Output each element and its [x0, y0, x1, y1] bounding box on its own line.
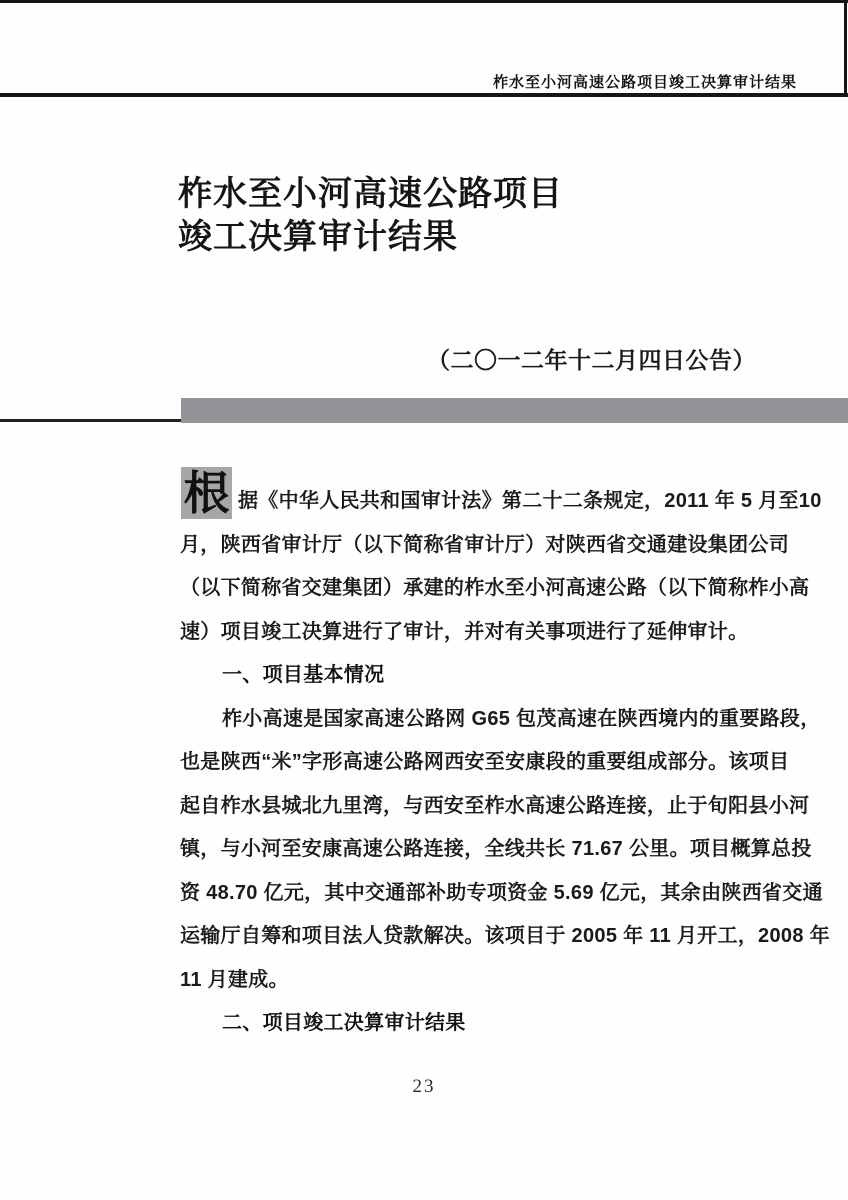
body-line: 月，陕西省审计厅（以下简称省审计厅）对陕西省交通建设集团公司	[180, 524, 805, 568]
running-header: 柞水至小河高速公路项目竣工决算审计结果	[493, 71, 797, 92]
document-page: 柞水至小河高速公路项目竣工决算审计结果 柞水至小河高速公路项目 竣工决算审计结果…	[0, 0, 848, 1200]
section-heading-1: 一、项目基本情况	[180, 654, 805, 698]
page-right-edge-line	[844, 0, 847, 96]
article-body: 据《中华人民共和国审计法》第二十二条规定，2011 年 5 月至10 月，陕西省…	[180, 480, 805, 1046]
body-line: 也是陕西“米”字形高速公路网西安至安康段的重要组成部分。该项目	[180, 741, 805, 785]
section-divider-line	[0, 419, 181, 422]
document-title: 柞水至小河高速公路项目 竣工决算审计结果	[178, 173, 563, 259]
body-line: 11 月建成。	[180, 959, 805, 1003]
body-line: （以下简称省交建集团）承建的柞水至小河高速公路（以下简称柞小高	[180, 567, 805, 611]
body-line: 速）项目竣工决算进行了审计，并对有关事项进行了延伸审计。	[180, 611, 805, 655]
header-rule	[0, 93, 848, 97]
document-title-line-1: 柞水至小河高速公路项目	[178, 173, 563, 216]
section-heading-2: 二、项目竣工决算审计结果	[180, 1002, 805, 1046]
body-line: 柞小高速是国家高速公路网 G65 包茂高速在陕西境内的重要路段，	[180, 698, 805, 742]
page-top-edge-line	[0, 0, 848, 3]
announcement-date: （二〇一二年十二月四日公告）	[427, 342, 756, 375]
section-divider-bar	[181, 398, 848, 423]
body-line: 资 48.70 亿元，其中交通部补助专项资金 5.69 亿元，其余由陕西省交通	[180, 872, 805, 916]
body-line: 起自柞水县城北九里湾，与西安至柞水高速公路连接，止于旬阳县小河	[180, 785, 805, 829]
body-line: 镇，与小河至安康高速公路连接，全线共长 71.67 公里。项目概算总投	[180, 828, 805, 872]
body-line: 据《中华人民共和国审计法》第二十二条规定，2011 年 5 月至10	[180, 480, 805, 524]
document-title-line-2: 竣工决算审计结果	[178, 216, 563, 259]
body-line: 运输厅自筹和项目法人贷款解决。该项目于 2005 年 11 月开工，2008 年	[180, 915, 805, 959]
page-number: 23	[0, 1076, 848, 1098]
